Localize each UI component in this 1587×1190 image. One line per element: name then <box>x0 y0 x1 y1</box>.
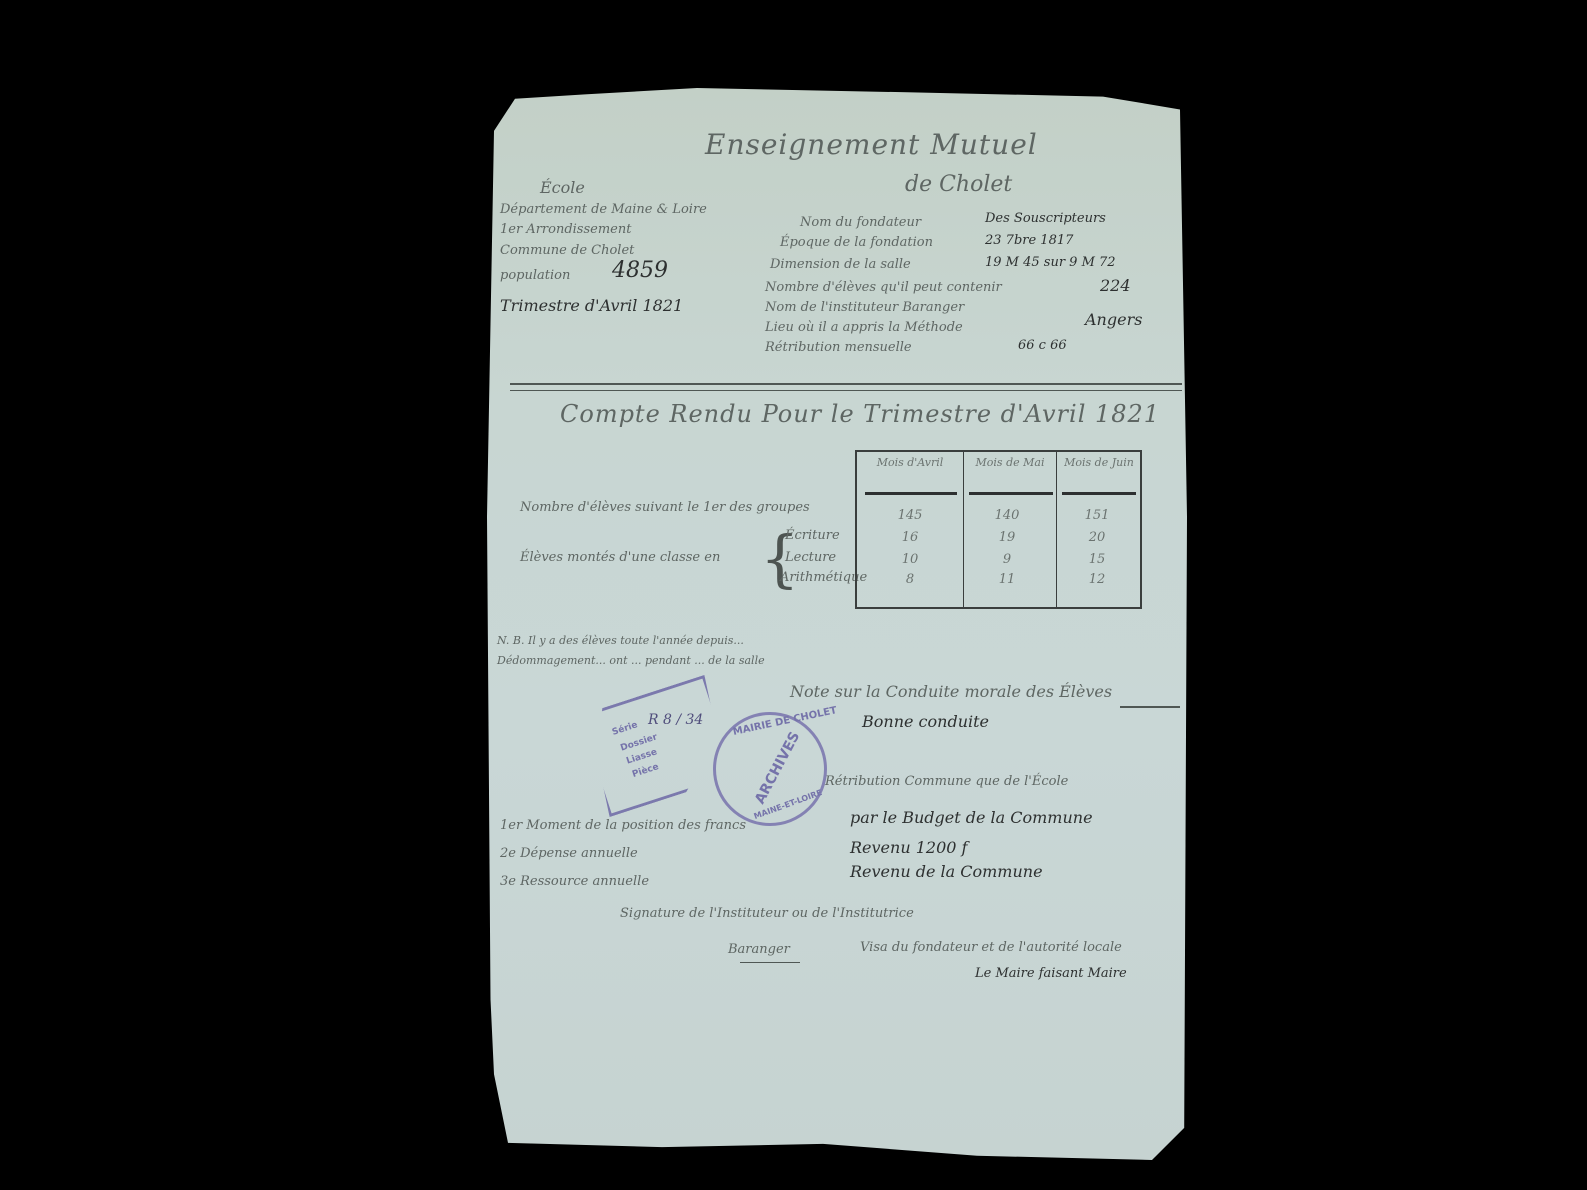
cell: 145 <box>875 508 945 523</box>
report-heading: Compte Rendu Pour le Trimestre d'Avril 1… <box>560 400 1160 428</box>
committee-visa-label: Visa du fondateur et de l'autorité local… <box>860 940 1122 955</box>
room-size-label: Dimension de la salle <box>770 257 911 272</box>
conduct-dash <box>1120 706 1180 708</box>
arrondissement: 1er Arrondissement <box>500 222 631 237</box>
header-rule <box>1062 492 1136 495</box>
funding-item-1: 1er Moment de la position des francs <box>500 818 746 833</box>
monthly-fee-value: 66 c 66 <box>1018 338 1067 353</box>
teacher-name-label: Nom de l'instituteur Baranger <box>765 300 964 315</box>
divider-rule <box>510 383 1182 385</box>
mayor-signature: Le Maire faisant Maire <box>975 966 1127 981</box>
support-line-3: Revenu 1200 f <box>850 838 967 857</box>
promoted-students-label: Élèves montés d'une classe en <box>520 550 720 565</box>
cell: 20 <box>1062 530 1132 545</box>
population-value: 4859 <box>612 258 668 283</box>
column-header-june: Mois de Juin <box>1060 456 1138 469</box>
column-divider <box>963 452 964 607</box>
founding-date-label: Époque de la fondation <box>780 235 933 250</box>
header-rule <box>969 492 1053 495</box>
teacher-signature: Baranger <box>728 942 790 957</box>
support-line-2: par le Budget de la Commune <box>850 808 1093 827</box>
support-line-4: Revenu de la Commune <box>850 862 1043 881</box>
note-line-1: N. B. Il y a des élèves toute l'année de… <box>497 634 744 647</box>
signature-underline <box>740 962 800 963</box>
divider-rule-thin <box>510 390 1182 391</box>
note-line-2: Dédommagement... ont ... pendant ... de … <box>497 654 765 667</box>
document-title: Enseignement Mutuel <box>705 128 1038 161</box>
department: Département de Maine & Loire <box>500 202 707 217</box>
cell: 15 <box>1062 552 1132 567</box>
period: Trimestre d'Avril 1821 <box>500 296 683 315</box>
monthly-fee-label: Rétribution mensuelle <box>765 340 912 355</box>
funding-item-2: 2e Dépense annuelle <box>500 846 638 861</box>
method-place-value: Angers <box>1085 310 1142 329</box>
signature-label: Signature de l'Instituteur ou de l'Insti… <box>620 906 914 921</box>
conduct-label: Note sur la Conduite morale des Élèves <box>790 682 1112 701</box>
support-line-1: Rétribution Commune que de l'École <box>825 774 1068 789</box>
capacity-label: Nombre d'élèves qu'il peut contenir <box>765 280 1002 295</box>
cell: 140 <box>972 508 1042 523</box>
capacity-value: 224 <box>1100 276 1131 295</box>
monthly-stats-table: Mois d'Avril Mois de Mai Mois de Juin 14… <box>855 450 1142 609</box>
conduct-value: Bonne conduite <box>862 712 989 731</box>
column-header-april: Mois d'Avril <box>863 456 957 469</box>
cell: 10 <box>875 552 945 567</box>
cell: 8 <box>875 572 945 587</box>
founding-date-value: 23 7bre 1817 <box>985 233 1073 248</box>
commune: Commune de Cholet <box>500 243 634 258</box>
method-place-label: Lieu où il a appris la Méthode <box>765 320 963 335</box>
stamp-handwritten-ref: R 8 / 34 <box>648 712 703 728</box>
cell: 16 <box>875 530 945 545</box>
subject-writing: Écriture <box>785 528 840 543</box>
subject-reading: Lecture <box>785 550 836 565</box>
students-count-label: Nombre d'élèves suivant le 1er des group… <box>520 500 810 515</box>
document-subtitle: de Cholet <box>905 172 1012 197</box>
column-header-may: Mois de Mai <box>967 456 1053 469</box>
header-rule <box>865 492 957 495</box>
funding-item-3: 3e Ressource annuelle <box>500 874 649 889</box>
founder-label: Nom du fondateur <box>800 215 921 230</box>
column-divider <box>1056 452 1057 607</box>
cell: 12 <box>1062 572 1132 587</box>
population-label: population <box>500 268 570 283</box>
cell: 151 <box>1062 508 1132 523</box>
school-label: École <box>540 178 585 197</box>
room-size-value: 19 M 45 sur 9 M 72 <box>985 255 1116 270</box>
cell: 19 <box>972 530 1042 545</box>
founder-value: Des Souscripteurs <box>985 211 1106 226</box>
cell: 11 <box>972 572 1042 587</box>
cell: 9 <box>972 552 1042 567</box>
